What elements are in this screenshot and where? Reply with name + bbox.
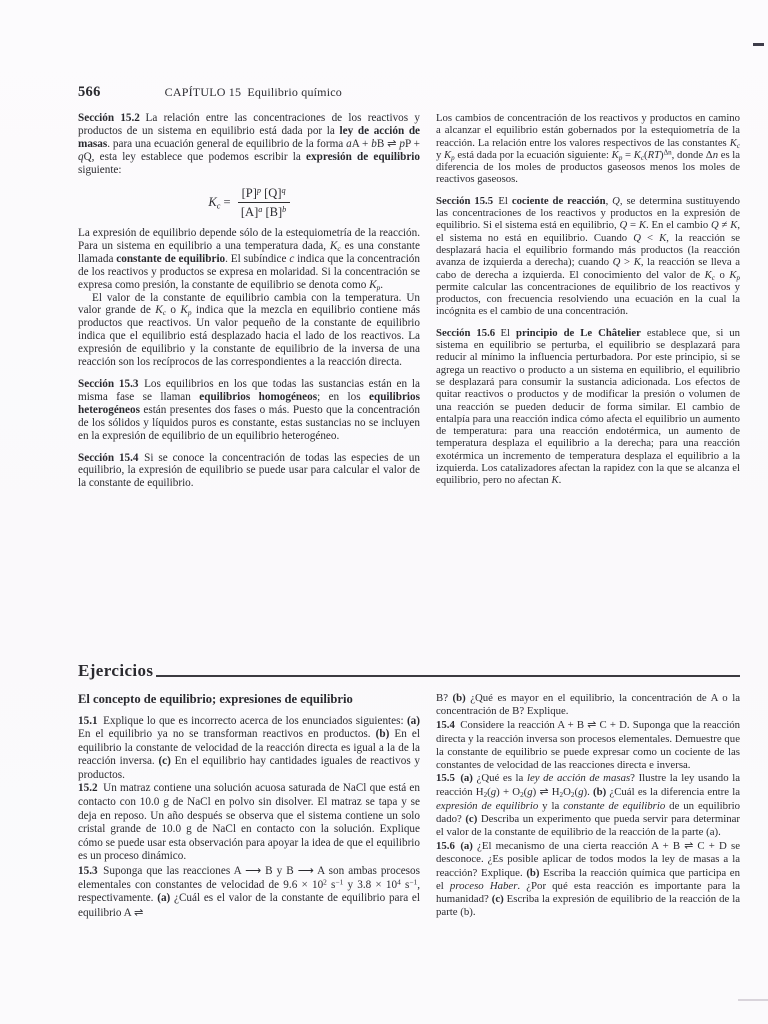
summary-right-column: Los cambios de concentración de los reac… [436,112,740,646]
chapter-summary: Sección 15.2 La relación entre las conce… [78,112,740,646]
exercise-15-1: 15.1 Explique lo que es incorrecto acerc… [78,715,420,783]
formula-denominator: [A]a [B]b [238,203,290,220]
exercise-group-title: El concepto de equilibrio; expresiones d… [78,692,360,708]
summary-paragraph-constant-value: El valor de la constante de equilibrio c… [78,292,420,369]
summary-paragraph-seccion-15-4: Sección 15.4 Si se conoce la concentraci… [78,452,420,491]
exercise-15-3-continuation: B? (b) ¿Qué es mayor en el equilibrio, l… [436,692,740,718]
formula-lhs: Kc = [208,196,230,209]
scanned-textbook-page: 566 CAPÍTULO 15 Equilibrio químico Secci… [0,0,768,1024]
exercises-section: El concepto de equilibrio; expresiones d… [78,692,740,920]
page-number: 566 [78,84,101,101]
exercises-left-column: El concepto de equilibrio; expresiones d… [78,692,420,920]
exercise-15-3: 15.3 Suponga que las reacciones A ⟶ B y … [78,864,420,920]
summary-paragraph-concentration-changes: Los cambios de concentración de los reac… [436,112,740,186]
equilibrium-constant-formula: Kc = [P]p [Q]q [A]a [B]b [78,185,420,221]
summary-paragraph-seccion-15-6: Sección 15.6 El principio de Le Châtelie… [436,327,740,487]
chapter-header: CAPÍTULO 15 Equilibrio químico [165,85,342,100]
summary-paragraph-seccion-15-3: Sección 15.3 Los equilibrios en los que … [78,378,420,443]
ejercicios-heading-row: Ejercicios [78,661,740,681]
formula-fraction: [P]p [Q]q [A]a [B]b [238,185,290,221]
scan-artifact-dash [753,43,764,46]
exercise-15-6: 15.6 (a) ¿El mecanismo de una cierta rea… [436,839,740,919]
exercise-15-4: 15.4 Considere la reacción A + B ⇌ C + D… [436,718,740,772]
page-header: 566 CAPÍTULO 15 Equilibrio químico [78,84,740,101]
summary-paragraph-expression: La expresión de equilibrio depende sólo … [78,227,420,292]
exercises-right-column: B? (b) ¿Qué es mayor en el equilibrio, l… [436,692,740,920]
ejercicios-title: Ejercicios [78,661,153,681]
formula-numerator: [P]p [Q]q [238,185,290,203]
summary-paragraph-seccion-15-2: Sección 15.2 La relación entre las conce… [78,112,420,177]
summary-paragraph-seccion-15-5: Sección 15.5 El cociente de reacción, Q,… [436,195,740,318]
heading-rule [156,675,740,677]
summary-left-column: Sección 15.2 La relación entre las conce… [78,112,420,646]
exercise-15-2: 15.2 Un matraz contiene una solución acu… [78,782,420,864]
exercise-15-5: 15.5 (a) ¿Qué es la ley de acción de mas… [436,772,740,839]
scan-artifact-corner [738,999,768,1001]
